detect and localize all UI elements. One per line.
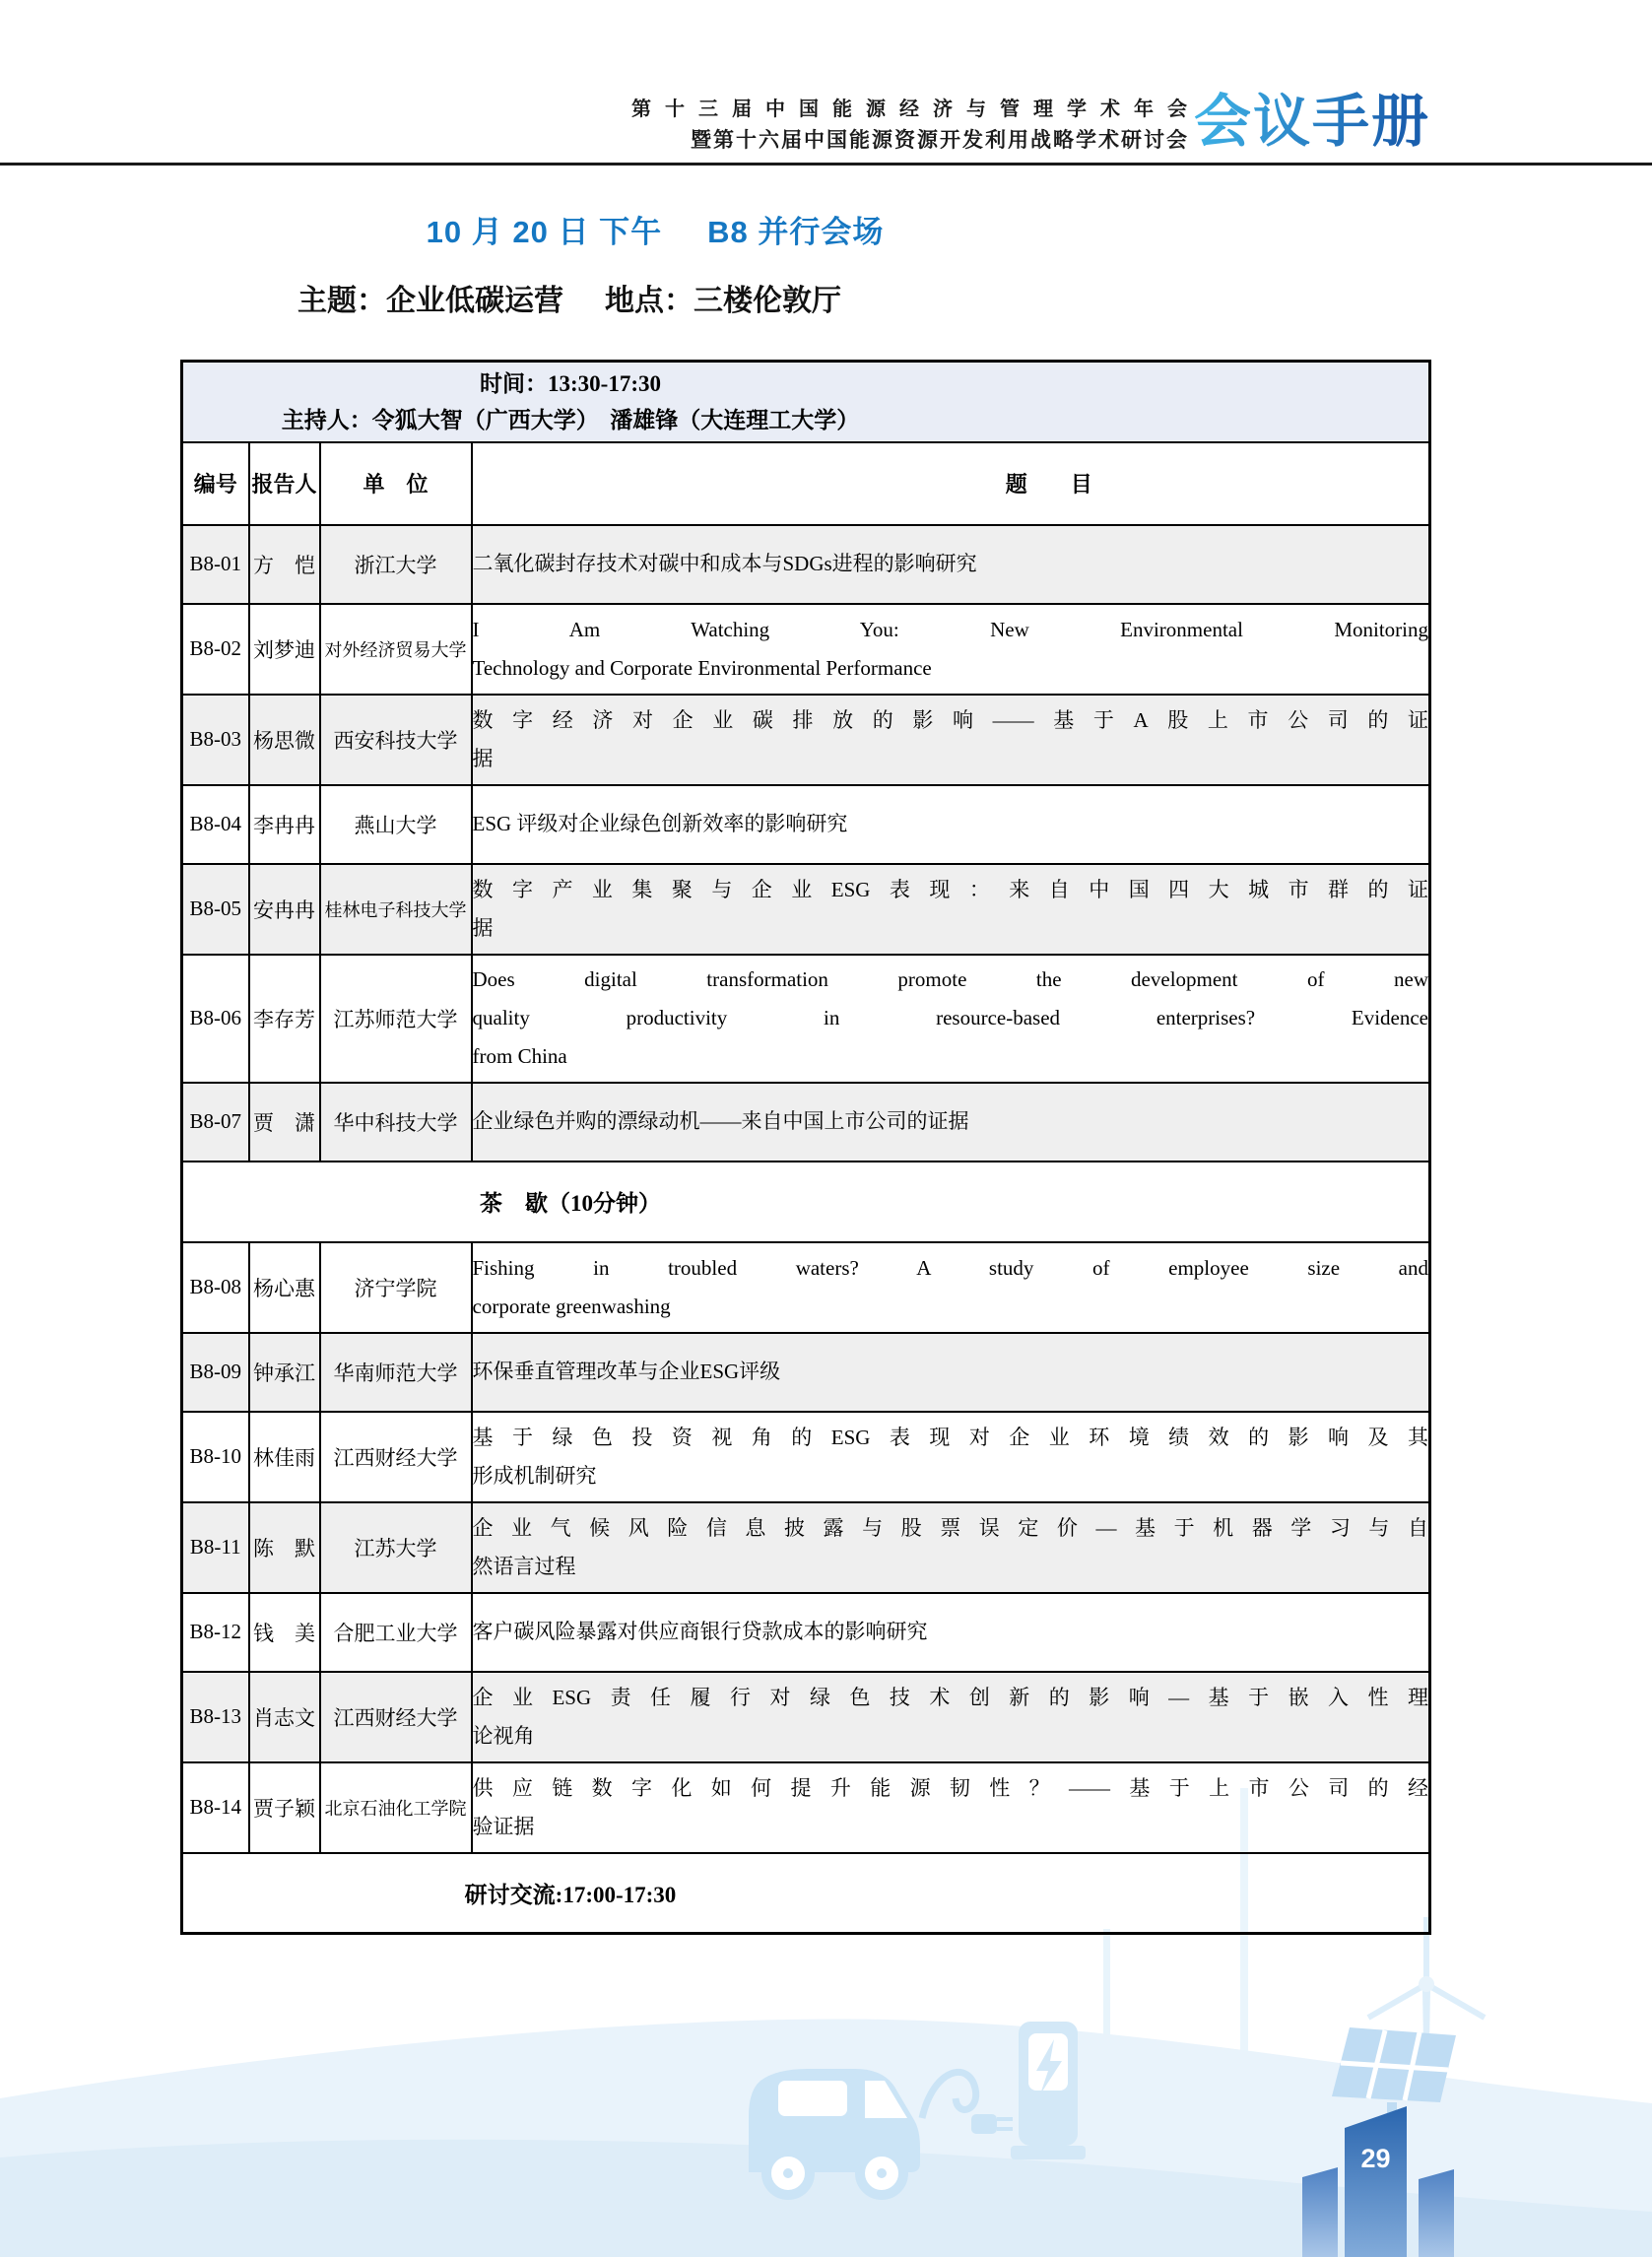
cell-presenter: 贾 潇 bbox=[249, 1083, 320, 1162]
cell-title: Fishing in troubled waters? A study of e… bbox=[472, 1242, 1430, 1333]
cell-no: B8-10 bbox=[182, 1412, 249, 1502]
cell-presenter: 李冉冉 bbox=[249, 785, 320, 864]
session-row: B8-04李冉冉燕山大学ESG 评级对企业绿色创新效率的影响研究 bbox=[182, 785, 1430, 864]
cell-title: 客户碳风险暴露对供应商银行贷款成本的影响研究 bbox=[472, 1593, 1430, 1672]
cell-title: 企业绿色并购的漂绿动机——来自中国上市公司的证据 bbox=[472, 1083, 1430, 1162]
cell-presenter: 贾子颖 bbox=[249, 1762, 320, 1853]
cell-affiliation: 桂林电子科技大学 bbox=[320, 864, 472, 955]
closing-label: 研讨交流:17:00-17:30 bbox=[183, 1877, 958, 1909]
cell-presenter: 钱 美 bbox=[249, 1593, 320, 1672]
cell-affiliation: 合肥工业大学 bbox=[320, 1593, 472, 1672]
cell-no: B8-05 bbox=[182, 864, 249, 955]
time-label: 时间：13:30-17:30 bbox=[183, 365, 958, 402]
session-row: B8-10林佳雨江西财经大学基于绿色投资视角的ESG表现对企业环境绩效的影响及其… bbox=[182, 1412, 1430, 1502]
col-header-no: 编号 bbox=[182, 442, 249, 525]
cell-no: B8-07 bbox=[182, 1083, 249, 1162]
cell-presenter: 刘梦迪 bbox=[249, 604, 320, 695]
cell-affiliation: 江苏师范大学 bbox=[320, 955, 472, 1083]
cell-no: B8-04 bbox=[182, 785, 249, 864]
cell-affiliation: 燕山大学 bbox=[320, 785, 472, 864]
conference-header: 第十三届中国能源经济与管理学术年会 暨第十六届中国能源资源开发利用战略学术研讨会 bbox=[631, 95, 1187, 156]
time-hosts-row: 时间：13:30-17:30 主持人：令狐大智（广西大学） 潘雄锋（大连理工大学… bbox=[182, 362, 1430, 442]
cell-presenter: 方 恺 bbox=[249, 525, 320, 604]
session-row: B8-12钱 美合肥工业大学客户碳风险暴露对供应商银行贷款成本的影响研究 bbox=[182, 1593, 1430, 1672]
session-row: B8-13肖志文江西财经大学企业ESG责任履行对绿色技术创新的影响—基于嵌入性理… bbox=[182, 1672, 1430, 1762]
cell-presenter: 陈 默 bbox=[249, 1502, 320, 1593]
header-title-line1: 第十三届中国能源经济与管理学术年会 bbox=[631, 95, 1201, 125]
session-row: B8-03杨思微西安科技大学数字经济对企业碳排放的影响——基于A股上市公司的证据 bbox=[182, 695, 1430, 785]
cell-no: B8-01 bbox=[182, 525, 249, 604]
hosts-label: 主持人：令狐大智（广西大学） 潘雄锋（大连理工大学） bbox=[183, 402, 958, 438]
session-row: B8-09钟承江华南师范大学环保垂直管理改革与企业ESG评级 bbox=[182, 1333, 1430, 1412]
schedule-table: 时间：13:30-17:30 主持人：令狐大智（广西大学） 潘雄锋（大连理工大学… bbox=[180, 360, 1431, 1935]
cell-no: B8-13 bbox=[182, 1672, 249, 1762]
session-location: 地点：三楼伦敦厅 bbox=[605, 285, 841, 317]
cell-title: 企业气候风险信息披露与股票误定价—基于机器学习与自然语言过程 bbox=[472, 1502, 1430, 1593]
cell-no: B8-06 bbox=[182, 955, 249, 1083]
cell-title: 企业ESG责任履行对绿色技术创新的影响—基于嵌入性理论视角 bbox=[472, 1672, 1430, 1762]
cell-presenter: 杨思微 bbox=[249, 695, 320, 785]
cell-presenter: 安冉冉 bbox=[249, 864, 320, 955]
cell-affiliation: 华中科技大学 bbox=[320, 1083, 472, 1162]
session-date: 10 月 20 日 下午 bbox=[427, 215, 662, 249]
col-header-title: 题 目 bbox=[472, 442, 1430, 525]
cell-title: Does digital transformation promote the … bbox=[472, 955, 1430, 1083]
session-row: B8-07贾 潇华中科技大学企业绿色并购的漂绿动机——来自中国上市公司的证据 bbox=[182, 1083, 1430, 1162]
session-row: B8-05安冉冉桂林电子科技大学数字产业集聚与企业ESG表现：来自中国四大城市群… bbox=[182, 864, 1430, 955]
cell-affiliation: 西安科技大学 bbox=[320, 695, 472, 785]
cell-title: 数字经济对企业碳排放的影响——基于A股上市公司的证据 bbox=[472, 695, 1430, 785]
cell-affiliation: 对外经济贸易大学 bbox=[320, 604, 472, 695]
cell-no: B8-14 bbox=[182, 1762, 249, 1853]
cell-affiliation: 江西财经大学 bbox=[320, 1672, 472, 1762]
header-title-line2: 暨第十六届中国能源资源开发利用战略学术研讨会 bbox=[631, 125, 1189, 156]
handbook-logo: 会议手册 bbox=[1194, 91, 1430, 154]
cell-presenter: 林佳雨 bbox=[249, 1412, 320, 1502]
session-row: B8-01方 恺浙江大学二氧化碳封存技术对碳中和成本与SDGs进程的影响研究 bbox=[182, 525, 1430, 604]
cell-affiliation: 华南师范大学 bbox=[320, 1333, 472, 1412]
cell-affiliation: 江西财经大学 bbox=[320, 1412, 472, 1502]
tea-break-row: 茶 歇（10分钟） bbox=[182, 1162, 1430, 1242]
session-row: B8-06李存芳江苏师范大学Does digital transformatio… bbox=[182, 955, 1430, 1083]
cell-affiliation: 北京石油化工学院 bbox=[320, 1762, 472, 1853]
cell-title: ESG 评级对企业绿色创新效率的影响研究 bbox=[472, 785, 1430, 864]
session-date-heading: 10 月 20 日 下午B8 并行会场 bbox=[0, 207, 1310, 251]
cell-no: B8-11 bbox=[182, 1502, 249, 1593]
column-header-row: 编号 报告人 单 位 题 目 bbox=[182, 442, 1430, 525]
header-divider bbox=[0, 163, 1652, 166]
cell-title: I Am Watching You: New Environmental Mon… bbox=[472, 604, 1430, 695]
cell-no: B8-03 bbox=[182, 695, 249, 785]
session-row: B8-14贾子颖北京石油化工学院供应链数字化如何提升能源韧性？——基于上市公司的… bbox=[182, 1762, 1430, 1853]
cell-presenter: 李存芳 bbox=[249, 955, 320, 1083]
cell-affiliation: 浙江大学 bbox=[320, 525, 472, 604]
cell-no: B8-09 bbox=[182, 1333, 249, 1412]
session-venue: B8 并行会场 bbox=[707, 215, 884, 249]
cell-presenter: 钟承江 bbox=[249, 1333, 320, 1412]
cell-no: B8-12 bbox=[182, 1593, 249, 1672]
col-header-presenter: 报告人 bbox=[249, 442, 320, 525]
charging-station-icon bbox=[1011, 2022, 1086, 2159]
page: 第十三届中国能源经济与管理学术年会 暨第十六届中国能源资源开发利用战略学术研讨会… bbox=[0, 0, 1652, 2257]
cell-affiliation: 济宁学院 bbox=[320, 1242, 472, 1333]
col-header-affiliation: 单 位 bbox=[320, 442, 472, 525]
session-row: B8-02刘梦迪对外经济贸易大学I Am Watching You: New E… bbox=[182, 604, 1430, 695]
cell-title: 基于绿色投资视角的ESG表现对企业环境绩效的影响及其形成机制研究 bbox=[472, 1412, 1430, 1502]
session-theme: 主题：企业低碳运营 bbox=[297, 285, 563, 317]
closing-row: 研讨交流:17:00-17:30 bbox=[182, 1853, 1430, 1934]
session-row: B8-11陈 默江苏大学企业气候风险信息披露与股票误定价—基于机器学习与自然语言… bbox=[182, 1502, 1430, 1593]
cell-title: 数字产业集聚与企业ESG表现：来自中国四大城市群的证据 bbox=[472, 864, 1430, 955]
session-row: B8-08杨心惠济宁学院Fishing in troubled waters? … bbox=[182, 1242, 1430, 1333]
page-number: 29 bbox=[1345, 2144, 1407, 2174]
cell-no: B8-02 bbox=[182, 604, 249, 695]
cell-title: 环保垂直管理改革与企业ESG评级 bbox=[472, 1333, 1430, 1412]
cell-presenter: 肖志文 bbox=[249, 1672, 320, 1762]
cell-title: 二氧化碳封存技术对碳中和成本与SDGs进程的影响研究 bbox=[472, 525, 1430, 604]
cell-title: 供应链数字化如何提升能源韧性？——基于上市公司的经验证据 bbox=[472, 1762, 1430, 1853]
cell-no: B8-08 bbox=[182, 1242, 249, 1333]
cell-affiliation: 江苏大学 bbox=[320, 1502, 472, 1593]
cell-presenter: 杨心惠 bbox=[249, 1242, 320, 1333]
session-theme-heading: 主题：企业低碳运营地点：三楼伦敦厅 bbox=[0, 276, 1139, 319]
tea-break-label: 茶 歇（10分钟） bbox=[183, 1185, 958, 1218]
